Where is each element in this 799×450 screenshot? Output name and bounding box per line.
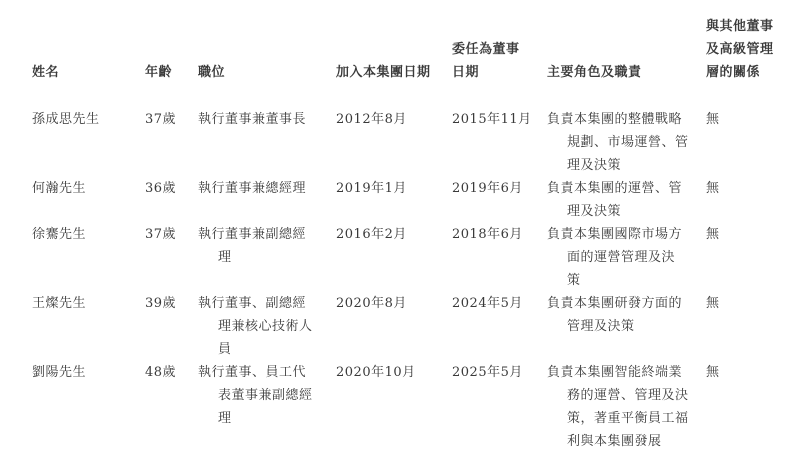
cell-position: 執行董事兼董事長 — [198, 108, 306, 131]
table-header: 姓名 年齡 職位 加入本集團日期 委任為董事 日期 主要角色及職責 與其他董事 … — [0, 0, 799, 90]
header-name-text: 姓名 — [32, 61, 59, 84]
cell-relationship: 無 — [706, 361, 720, 384]
header-role: 主要角色及職責 — [547, 61, 642, 84]
header-appointment-date-line1: 委任為董事 — [452, 38, 520, 61]
cell-relationship: 無 — [706, 108, 720, 131]
cell-position-line: 執行董事、副總經 — [198, 292, 313, 315]
cell-position-line: 員 — [198, 338, 313, 361]
cell-appointment-date: 2024年5月 — [452, 292, 523, 315]
cell-name: 劉陽先生 — [32, 361, 86, 384]
cell-position: 執行董事兼總經理 — [198, 177, 306, 200]
header-join-date-text: 加入本集團日期 — [336, 61, 431, 84]
cell-position: 執行董事、員工代 表董事兼副總經 理 — [198, 361, 313, 430]
cell-relationship: 無 — [706, 223, 720, 246]
cell-appointment-date: 2019年6月 — [452, 177, 523, 200]
cell-role-line: 理及決策 — [547, 200, 682, 223]
cell-join-date: 2016年2月 — [336, 223, 407, 246]
cell-position: 執行董事、副總經 理兼核心技術人 員 — [198, 292, 313, 361]
cell-role-line: 理及決策 — [547, 154, 689, 177]
cell-role-line: 負責本集團智能終端業 — [547, 361, 689, 384]
header-join-date: 加入本集團日期 — [336, 61, 431, 84]
header-relationship-line3: 層的關係 — [706, 61, 774, 84]
header-name: 姓名 — [32, 61, 59, 84]
cell-age: 36歲 — [145, 177, 176, 200]
cell-role-line: 務的運營、管理及決 — [547, 384, 689, 407]
cell-position-line: 執行董事、員工代 — [198, 361, 313, 384]
cell-position-line: 表董事兼副總經 — [198, 384, 313, 407]
cell-join-date: 2019年1月 — [336, 177, 407, 200]
cell-role-line: 負責本集團國際市場方 — [547, 223, 682, 246]
cell-role: 負責本集團智能終端業 務的運營、管理及決 策，著重平衡員工福 利與本集團發展 — [547, 361, 689, 450]
cell-relationship: 無 — [706, 177, 720, 200]
cell-appointment-date: 2015年11月 — [452, 108, 532, 131]
cell-position-line: 理 — [198, 246, 306, 269]
cell-position-line: 理兼核心技術人 — [198, 315, 313, 338]
cell-role: 負責本集團的整體戰略 規劃、市場運營、管 理及決策 — [547, 108, 689, 177]
cell-age: 37歲 — [145, 223, 176, 246]
cell-age: 37歲 — [145, 108, 176, 131]
cell-role-line: 負責本集團的整體戰略 — [547, 108, 689, 131]
header-age-text: 年齡 — [145, 61, 172, 84]
cell-role-line: 管理及決策 — [547, 315, 682, 338]
cell-role-line: 負責本集團的運營、管 — [547, 177, 682, 200]
cell-role: 負責本集團的運營、管 理及決策 — [547, 177, 682, 223]
cell-age: 48歲 — [145, 361, 176, 384]
cell-relationship: 無 — [706, 292, 720, 315]
cell-role-line: 策，著重平衡員工福 — [547, 407, 689, 430]
header-appointment-date-line2: 日期 — [452, 61, 520, 84]
cell-position: 執行董事兼副總經 理 — [198, 223, 306, 269]
cell-appointment-date: 2018年6月 — [452, 223, 523, 246]
cell-role: 負責本集團研發方面的 管理及決策 — [547, 292, 682, 338]
header-relationship-line1: 與其他董事 — [706, 15, 774, 38]
header-position-text: 職位 — [198, 61, 225, 84]
header-relationship: 與其他董事 及高級管理 層的關係 — [706, 15, 774, 84]
header-position: 職位 — [198, 61, 225, 84]
header-role-text: 主要角色及職責 — [547, 61, 642, 84]
cell-position-line: 執行董事兼副總經 — [198, 223, 306, 246]
header-appointment-date: 委任為董事 日期 — [452, 38, 520, 84]
cell-position-line: 理 — [198, 407, 313, 430]
cell-role-line: 策 — [547, 269, 682, 292]
cell-appointment-date: 2025年5月 — [452, 361, 523, 384]
cell-role-line: 負責本集團研發方面的 — [547, 292, 682, 315]
header-age: 年齡 — [145, 61, 172, 84]
cell-position-line: 執行董事兼董事長 — [198, 108, 306, 131]
cell-position-line: 執行董事兼總經理 — [198, 177, 306, 200]
cell-name: 何瀚先生 — [32, 177, 86, 200]
cell-join-date: 2020年10月 — [336, 361, 416, 384]
cell-name: 徐騫先生 — [32, 223, 86, 246]
cell-age: 39歲 — [145, 292, 176, 315]
cell-name: 孫成思先生 — [32, 108, 100, 131]
header-relationship-line2: 及高級管理 — [706, 38, 774, 61]
cell-join-date: 2020年8月 — [336, 292, 407, 315]
cell-role-line: 規劃、市場運營、管 — [547, 131, 689, 154]
cell-name: 王燦先生 — [32, 292, 86, 315]
cell-role: 負責本集團國際市場方 面的運營管理及決 策 — [547, 223, 682, 292]
cell-role-line: 利與本集團發展 — [547, 430, 689, 450]
cell-join-date: 2012年8月 — [336, 108, 407, 131]
cell-role-line: 面的運營管理及決 — [547, 246, 682, 269]
